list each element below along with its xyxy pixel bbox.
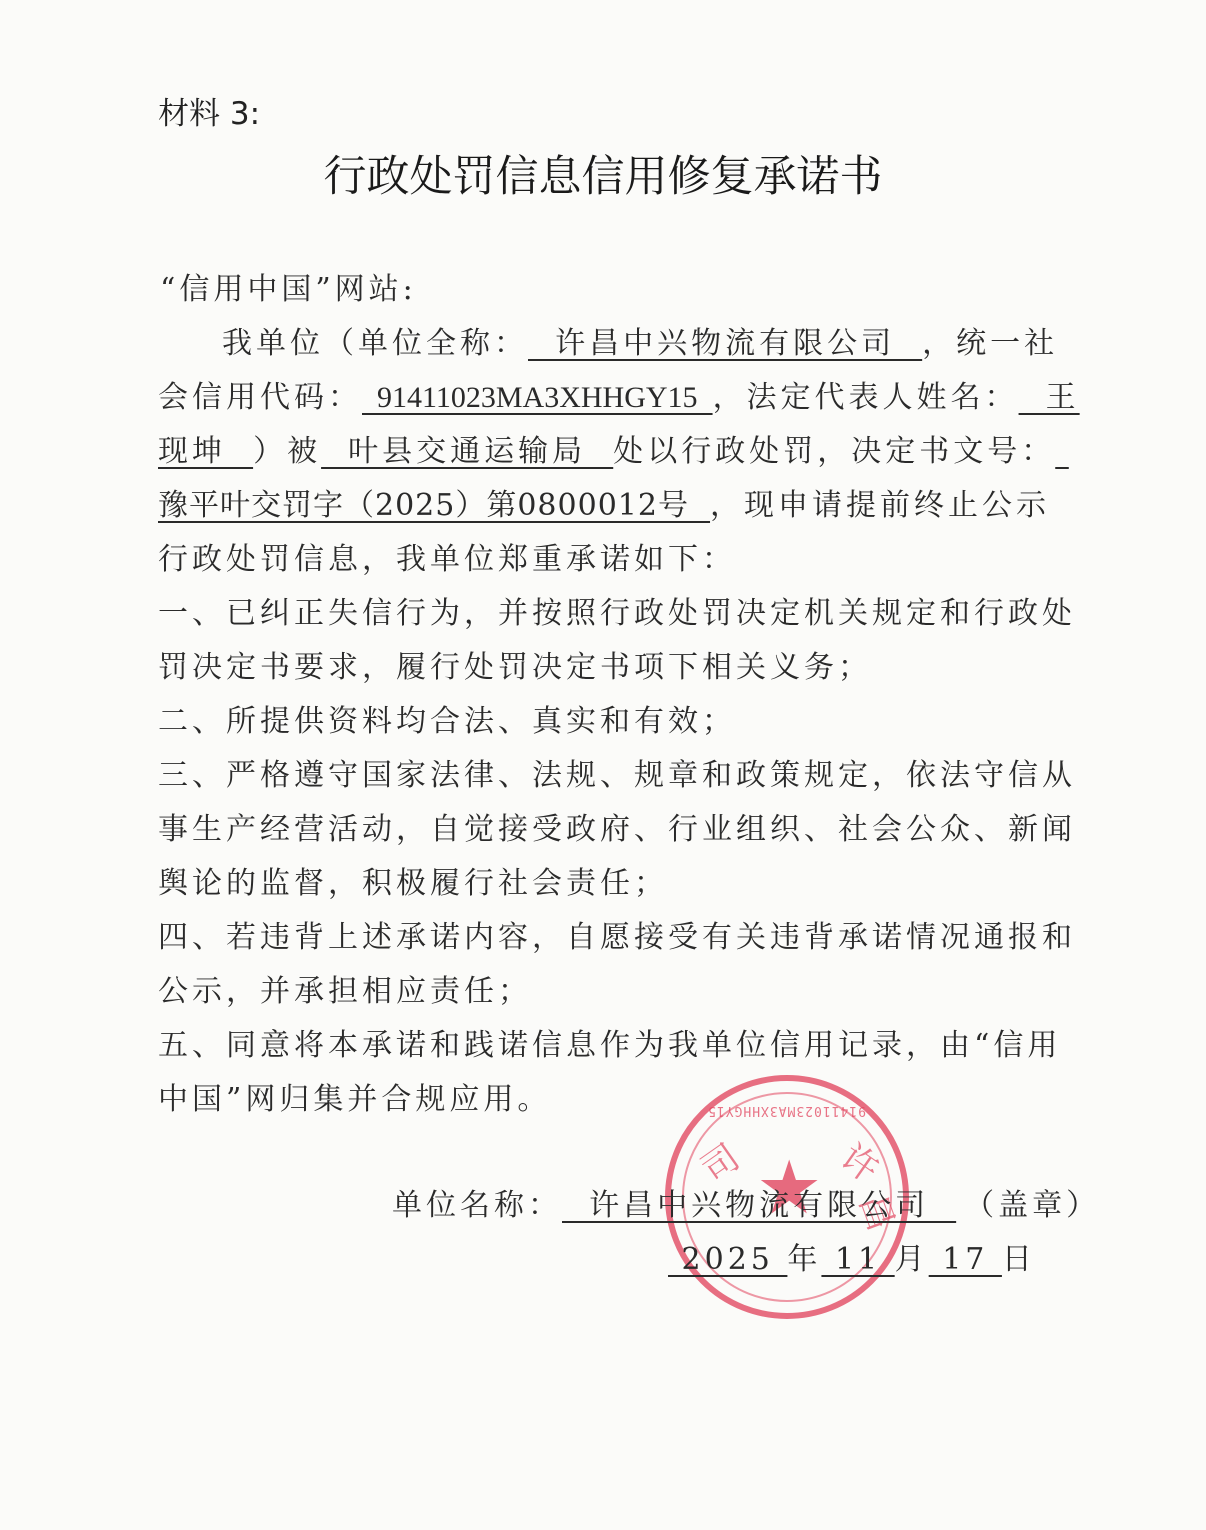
- seal-note: （盖章）: [964, 1188, 1100, 1223]
- material-label: 材料 3:: [158, 88, 260, 133]
- legal-rep-field-part2: 现坤: [158, 434, 253, 469]
- legal-rep-field-part1: 王: [1019, 380, 1080, 415]
- commitment-line: 三、严格遵守国家法律、法规、规章和政策规定，依法守信从: [158, 750, 1076, 794]
- intro-line-1: 我单位（单位全称： 许昌中兴物流有限公司 ，统一社: [222, 318, 1058, 362]
- company-name-field: 许昌中兴物流有限公司: [528, 326, 922, 361]
- commitment-line: 舆论的监督，积极履行社会责任；: [158, 858, 668, 902]
- decision-number-field: 豫平叶交罚字（2025）第0800012号: [158, 488, 710, 523]
- commitment-line: 事生产经营活动，自觉接受政府、行业组织、社会公众、新闻: [158, 804, 1076, 848]
- intro-line-4: 豫平叶交罚字（2025）第0800012号 ，现申请提前终止公示: [158, 480, 1050, 524]
- credit-code-field: 91411023MA3XHHGY15: [362, 381, 713, 414]
- stamp-code: 91411023MA3XHHGY15: [711, 1103, 866, 1118]
- authority-field: 叶县交通运输局: [321, 434, 613, 469]
- date-month: 11: [821, 1242, 894, 1277]
- intro-line-5: 行政处罚信息，我单位郑重承诺如下：: [158, 534, 736, 578]
- commitment-line: 四、若违背上述承诺内容，自愿接受有关违背承诺情况通报和: [158, 912, 1076, 956]
- commitment-line: 中国”网归集并合规应用。: [158, 1074, 551, 1118]
- signature-company: 许昌中兴物流有限公司: [562, 1188, 956, 1223]
- commitment-line: 五、同意将本承诺和践诺信息作为我单位信用记录，由“信用: [158, 1020, 1061, 1064]
- commitment-line: 二、所提供资料均合法、真实和有效；: [158, 696, 736, 740]
- document-title: 行政处罚信息信用修复承诺书: [0, 143, 1206, 204]
- commitment-line: 罚决定书要求，履行处罚决定书项下相关义务；: [158, 642, 872, 686]
- salutation: “信用中国”网站:: [160, 264, 417, 308]
- signature-line: 单位名称： 许昌中兴物流有限公司 （盖章）: [392, 1180, 1100, 1224]
- intro-line-2: 会信用代码： 91411023MA3XHHGY15 ，法定代表人姓名： 王: [158, 372, 1080, 416]
- intro-line-3: 现坤 ）被 叶县交通运输局 处以行政处罚，决定书文号：: [158, 426, 1069, 470]
- commitment-line: 公示，并承担相应责任；: [158, 966, 532, 1010]
- document-page: 材料 3: 行政处罚信息信用修复承诺书 “信用中国”网站: 我单位（单位全称： …: [0, 0, 1206, 1530]
- date-day: 17: [929, 1242, 1002, 1277]
- commitment-line: 一、已纠正失信行为，并按照行政处罚决定机关规定和行政处: [158, 588, 1076, 632]
- date-year: 2025: [668, 1242, 787, 1277]
- date-line: 2025 年 11 月 17 日: [668, 1234, 1036, 1278]
